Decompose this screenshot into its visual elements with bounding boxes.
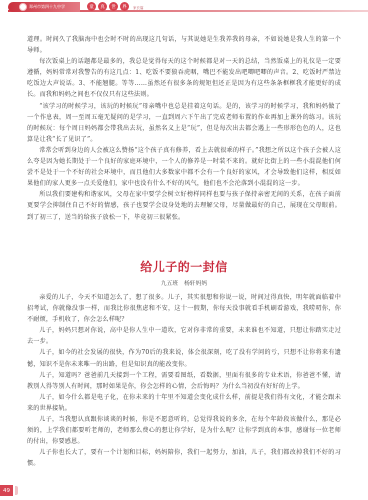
paragraph: 儿子，如今什么都是电子化，在你未来的十年里不知道会变化成什么样，前提是我们得有文… <box>27 392 341 414</box>
page-header: 郑州市第四十九中学 童 真 世 界 家长篇 <box>0 0 368 14</box>
article-byline: 九五班 杨轩妈妈 <box>0 278 368 287</box>
paragraph: 儿子，知道吗？爸爸前几天接到一个工程，需要看图纸，看数据，里面有很多的专业术语，… <box>27 370 341 392</box>
page-number: 49 <box>0 485 13 496</box>
school-logo-icon <box>19 3 27 11</box>
letter-body: 亲爱的儿子，今天不知道怎么了，想了很多。儿子，其实很想和你说一说，时间过得真快，… <box>27 292 341 470</box>
paragraph: 常常会听到身边的人会被这么赞扬“这个孩子真有修养，看上去就很乖的样子。”我想之所… <box>27 145 341 189</box>
paragraph: 儿子，当我想认真跟你谈谈的时候，你是不愿意听的，总觉得我说的多余，在每个年龄段该… <box>27 414 341 447</box>
column-bubble: 童 <box>87 2 96 11</box>
paragraph: 儿子你也长大了，要有一个计划和目标，妈妈陪你，我们一起努力，加油，儿子，我们都改… <box>27 447 341 469</box>
paragraph: 亲爱的儿子，今天不知道怎么了，想了很多。儿子，其实很想和你说一说，时间过得真快，… <box>27 292 341 325</box>
article-title: 给儿子的一封信 <box>0 258 368 275</box>
column-subtitle: 家长篇 <box>133 6 144 11</box>
paragraph: 每次饭桌上的话题都是最多的，我总是觉得每天的这个时候都是对一天的总结，当然饭桌上… <box>27 56 341 100</box>
paragraph: “该学习的时候学习，该玩的时候玩”母亲嘴中也总是挂着这句话。是的，该学习的时候学… <box>27 101 341 145</box>
column-bubble: 界 <box>120 2 129 11</box>
school-name: 郑州市第四十九中学 <box>29 4 65 10</box>
essay-continuation: 道理。时间久了我脑海中也会时不时的出现这几句话，与其说她是生我养我的母亲，不如说… <box>27 34 341 223</box>
paragraph: 儿子，妈妈只想对你说，高中是你人生中一道坎，它对你非常的重要，未来谁也不知道，只… <box>27 325 341 347</box>
paragraph: 道理。时间久了我脑海中也会时不时的出现这几句话，与其说她是生我养我的母亲，不如说… <box>27 34 341 56</box>
column-title-bubbles: 童 真 世 界 家长篇 <box>87 2 144 11</box>
school-badge: 郑州市第四十九中学 <box>8 2 80 12</box>
paragraph: 所以我们要建构和谐家风，父母在家中要学会树立好榜样同样也要与孩子保持亲密无间的关… <box>27 189 341 222</box>
column-bubble: 真 <box>98 2 107 11</box>
page-tab-decoration <box>15 486 18 495</box>
paragraph: 儿子，如今的社会发展的很快，作为70后的我来说，体会很深刻，吃了没有学问的亏，只… <box>27 347 341 369</box>
column-bubble: 世 <box>109 2 118 11</box>
